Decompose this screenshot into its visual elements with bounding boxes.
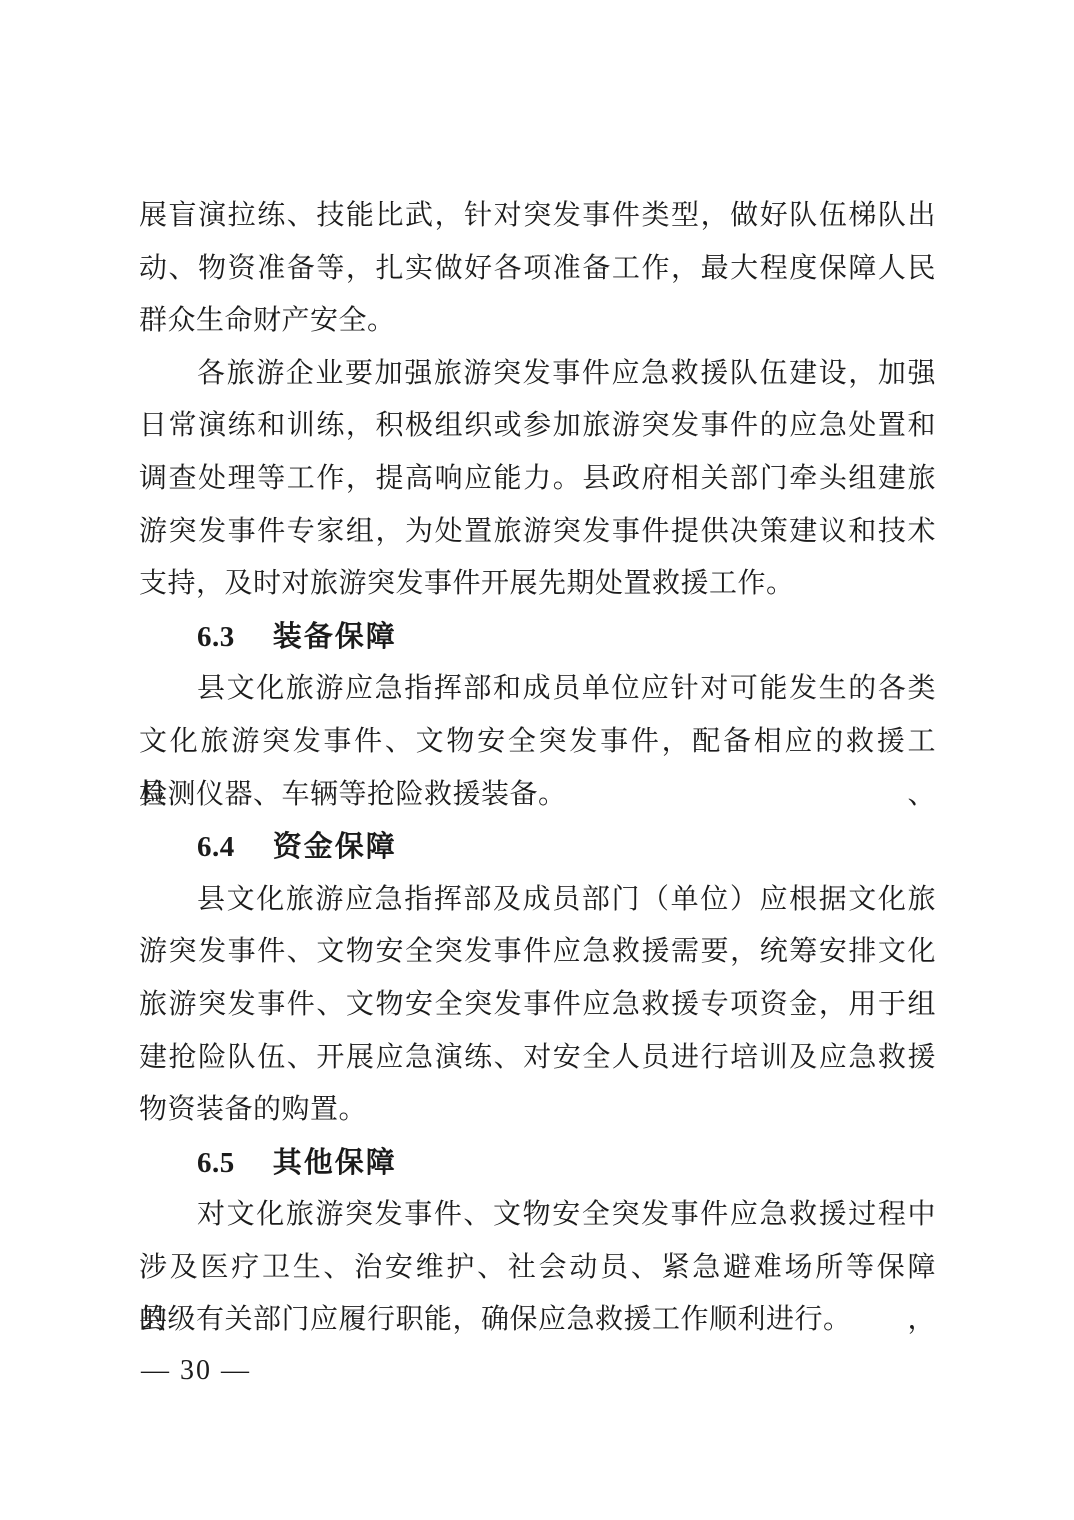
text-line: 县文化旅游应急指挥部及成员部门（单位）应根据文化旅	[139, 874, 936, 927]
section-number: 6.3	[197, 621, 235, 653]
section-title: 其他保障	[273, 1147, 397, 1179]
section-heading: 6.3装备保障	[139, 611, 936, 664]
text-line: 建抢险队伍、开展应急演练、对安全人员进行培训及应急救援	[139, 1032, 936, 1085]
section-heading: 6.4资金保障	[139, 821, 936, 874]
page-number: — 30 —	[141, 1355, 251, 1386]
text-line: 旅游突发事件、文物安全突发事件应急救援专项资金，用于组	[139, 979, 936, 1032]
text-line: 日常演练和训练，积极组织或参加旅游突发事件的应急处置和	[139, 400, 936, 453]
document-body: 展盲演拉练、技能比武，针对突发事件类型，做好队伍梯队出动、物资准备等，扎实做好各…	[139, 190, 936, 1347]
section-title: 装备保障	[273, 621, 397, 653]
text-line: 游突发事件专家组，为处置旅游突发事件提供决策建议和技术	[139, 506, 936, 559]
text-line: 动、物资准备等，扎实做好各项准备工作，最大程度保障人民	[139, 243, 936, 296]
text-line: 各旅游企业要加强旅游突发事件应急救援队伍建设，加强	[139, 348, 936, 401]
text-line: 文化旅游突发事件、文物安全突发事件，配备相应的救援工具、	[139, 716, 936, 769]
text-line: 群众生命财产安全。	[139, 295, 936, 348]
section-title: 资金保障	[273, 831, 397, 863]
text-line: 对文化旅游突发事件、文物安全突发事件应急救援过程中	[139, 1189, 936, 1242]
text-line: 县文化旅游应急指挥部和成员单位应针对可能发生的各类	[139, 663, 936, 716]
text-line: 游突发事件、文物安全突发事件应急救援需要，统筹安排文化	[139, 926, 936, 979]
text-line: 展盲演拉练、技能比武，针对突发事件类型，做好队伍梯队出	[139, 190, 936, 243]
text-line: 县级有关部门应履行职能，确保应急救援工作顺利进行。	[139, 1294, 936, 1347]
section-number: 6.4	[197, 831, 235, 863]
document-page: { "page": { "background": "#ffffff", "te…	[0, 0, 1074, 1520]
section-heading: 6.5其他保障	[139, 1137, 936, 1190]
text-line: 支持，及时对旅游突发事件开展先期处置救援工作。	[139, 558, 936, 611]
text-line: 调查处理等工作，提高响应能力。县政府相关部门牵头组建旅	[139, 453, 936, 506]
section-number: 6.5	[197, 1147, 235, 1179]
page-footer: — 30 —	[141, 1355, 251, 1387]
text-line: 涉及医疗卫生、治安维护、社会动员、紧急避难场所等保障的，	[139, 1242, 936, 1295]
text-line: 物资装备的购置。	[139, 1084, 936, 1137]
